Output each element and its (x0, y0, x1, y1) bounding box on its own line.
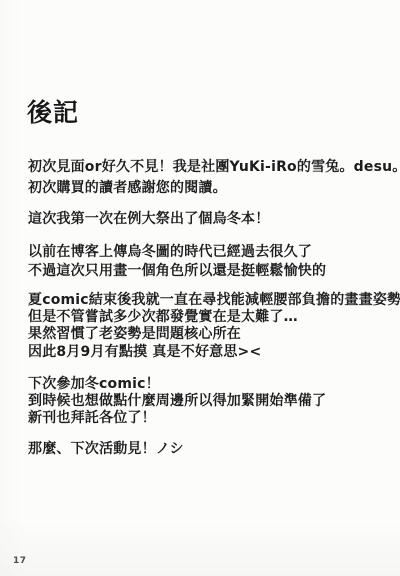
text-line: 夏comic結束後我就一直在尋找能減輕腰部負擔的畫畫姿勢 (28, 292, 400, 309)
text-line: 這次我第一次在例大祭出了個烏冬本！ (28, 211, 269, 228)
text-line: 到時候也想做點什麼周邊所以得加緊開始準備了 (28, 393, 326, 410)
text-line: 但是不管嘗試多少次都發覺實在是太難了… (28, 309, 400, 326)
text-line: 以前在博客上傳烏冬圖的時代已經過去很久了 (28, 243, 326, 262)
text-line: 初次購買的讀者感謝您的閱讀。 (28, 178, 400, 199)
page-title: 後記 (27, 98, 79, 128)
text-line: 下次參加冬comic！ (28, 376, 326, 393)
paragraph-next-event-plans: 下次參加冬comic！ 到時候也想做點什麼周邊所以得加緊開始準備了 新刊也拜託各… (28, 376, 326, 426)
text-line: 果然習慣了老姿勢是問題核心所在 (28, 326, 400, 343)
page-number: 17 (13, 556, 27, 566)
text-line: 因此8月9月有點摸 真是不好意思>< (28, 344, 400, 361)
text-line: 新刊也拜託各位了！ (28, 410, 326, 427)
text-line: 初次見面or好久不見！我是社團YuKi-iRo的雪兔。desu。 (28, 157, 400, 178)
paragraph-greeting: 初次見面or好久不見！我是社團YuKi-iRo的雪兔。desu。 初次購買的讀者… (28, 157, 400, 198)
paragraph-posture-struggles: 夏comic結束後我就一直在尋找能減輕腰部負擔的畫畫姿勢 但是不管嘗試多少次都發… (28, 292, 400, 361)
text-line: 那麼、下次活動見！ノシ (28, 441, 184, 458)
afterword-page: 後記 初次見面or好久不見！我是社團YuKi-iRo的雪兔。desu。 初次購買… (0, 0, 400, 576)
paragraph-event-announcement: 這次我第一次在例大祭出了個烏冬本！ (28, 211, 269, 228)
text-line: 不過這次只用畫一個角色所以還是挺輕鬆愉快的 (28, 262, 326, 281)
paragraph-blog-era: 以前在博客上傳烏冬圖的時代已經過去很久了 不過這次只用畫一個角色所以還是挺輕鬆愉… (28, 243, 326, 280)
paragraph-farewell: 那麼、下次活動見！ノシ (28, 441, 184, 458)
